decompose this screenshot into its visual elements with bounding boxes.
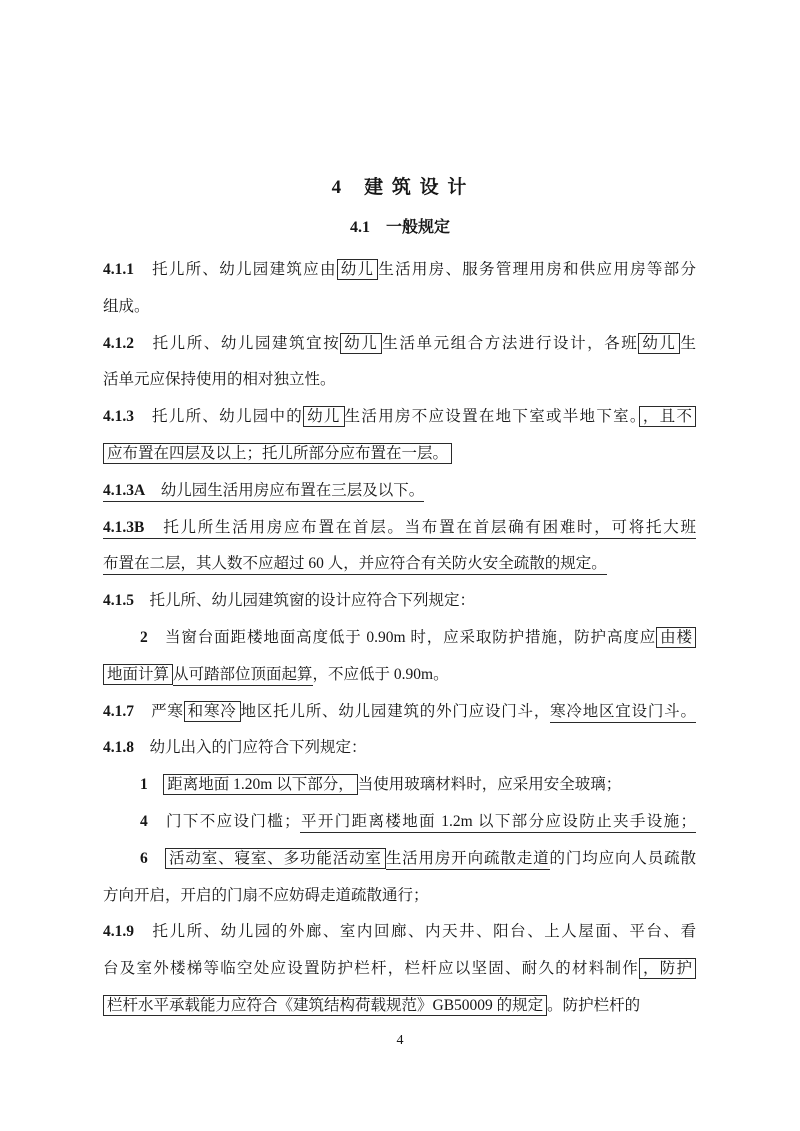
text-run: 门下不应设门槛； bbox=[148, 813, 300, 830]
text-line: 台及室外楼梯等临空处应设置防护栏杆，栏杆应以坚固、耐久的材料制作，防护 bbox=[103, 951, 696, 988]
boxed-revision-text: 幼儿 bbox=[340, 333, 382, 354]
underlined-revision-text: 幼儿园生活用房应布置在三层及以下。 bbox=[145, 482, 424, 502]
clause-number: 4.1.3 bbox=[103, 408, 134, 425]
body-lines: 4.1.1 托儿所、幼儿园建筑应由幼儿生活用房、服务管理用房和供应用房等部分组成… bbox=[103, 252, 696, 1025]
text-line: 应布置在四层及以上；托儿所部分应布置在一层。 bbox=[103, 436, 696, 473]
clause-number: 6 bbox=[140, 850, 148, 867]
underlined-revision-text: 生活用房开向疏散走道 bbox=[386, 850, 550, 870]
clause-number: 4.1.1 bbox=[103, 261, 134, 278]
text-line: 4.1.2 托儿所、幼儿园建筑宜按幼儿生活单元组合方法进行设计，各班幼儿生 bbox=[103, 326, 696, 363]
text-run: 幼儿出入的门应符合下列规定： bbox=[134, 739, 367, 756]
text-line: 4.1.7 严寒和寒冷地区托儿所、幼儿园建筑的外门应设门斗，寒冷地区宜设门斗。 bbox=[103, 694, 696, 731]
boxed-underlined-revision-text: ，且不 bbox=[639, 406, 696, 427]
boxed-underlined-revision-text: 应布置在四层及以上；托儿所部分应布置在一层。 bbox=[103, 443, 452, 464]
text-run: 严寒 bbox=[134, 703, 184, 720]
underlined-revision-text: 布置在二层，其人数不应超过 60 人，并应符合有关防火安全疏散的规定。 bbox=[103, 555, 607, 575]
clause-number: 4.1.9 bbox=[103, 923, 134, 940]
text-run: 当窗台面距楼地面高度低于 0.90m 时，应采取防护措施，防护高度应 bbox=[148, 629, 656, 646]
text-line: 4.1.1 托儿所、幼儿园建筑应由幼儿生活用房、服务管理用房和供应用房等部分 bbox=[103, 252, 696, 289]
text-line: 4 门下不应设门槛；平开门距离楼地面 1.2m 以下部分应设防止夹手设施； bbox=[103, 804, 696, 841]
underlined-revision-text: 寒冷地区宜设门斗。 bbox=[550, 703, 696, 723]
section-title: 4.1 一般规定 bbox=[0, 214, 800, 237]
text-line: 6 活动室、寝室、多功能活动室生活用房开向疏散走道的门均应向人员疏散 bbox=[103, 841, 696, 878]
text-run bbox=[148, 776, 164, 793]
text-line: 2 当窗台面距楼地面高度低于 0.90m 时，应采取防护措施，防护高度应由楼 bbox=[103, 620, 696, 657]
text-line: 活单元应保持使用的相对独立性。 bbox=[103, 362, 696, 399]
text-line: 地面计算从可踏部位顶面起算，不应低于 0.90m。 bbox=[103, 657, 696, 694]
text-run: 地区托儿所、幼儿园建筑的外门应设门斗， bbox=[241, 703, 551, 720]
text-run: 活单元应保持使用的相对独立性。 bbox=[103, 371, 336, 388]
text-line: 4.1.8 幼儿出入的门应符合下列规定： bbox=[103, 730, 696, 767]
clause-number: 4.1.8 bbox=[103, 739, 134, 756]
text-run: 托儿所、幼儿园建筑窗的设计应符合下列规定： bbox=[134, 592, 475, 609]
text-line: 4.1.3 托儿所、幼儿园中的幼儿生活用房不应设置在地下室或半地下室。，且不 bbox=[103, 399, 696, 436]
text-line: 4.1.3B 托儿所生活用房应布置在首层。当布置在首层确有困难时，可将托大班 bbox=[103, 510, 696, 547]
boxed-revision-text: 和寒冷 bbox=[184, 701, 241, 722]
text-run: 组成。 bbox=[103, 298, 150, 315]
text-line: 4.1.3A 幼儿园生活用房应布置在三层及以下。 bbox=[103, 473, 696, 510]
text-line: 4.1.9 托儿所、幼儿园的外廊、室内回廊、内天井、阳台、上人屋面、平台、看 bbox=[103, 914, 696, 951]
underlined-revision-text: 托儿所生活用房应布置在首层。当布置在首层确有困难时，可将托大班 bbox=[144, 519, 696, 539]
text-line: 栏杆水平承载能力应符合《建筑结构荷载规范》GB50009 的规定。防护栏杆的 bbox=[103, 988, 696, 1025]
text-run: 方向开启，开启的门扇不应妨碍走道疏散通行； bbox=[103, 887, 429, 904]
text-run: 。防护栏杆的 bbox=[547, 997, 640, 1014]
text-line: 组成。 bbox=[103, 289, 696, 326]
underlined-revision-text: 从可踏部位顶面起算 bbox=[173, 666, 313, 686]
clause-number: 1 bbox=[140, 776, 148, 793]
boxed-revision-text: 幼儿 bbox=[303, 406, 345, 427]
boxed-revision-text: 地面计算 bbox=[103, 664, 173, 685]
page-number: 4 bbox=[0, 1033, 800, 1049]
boxed-revision-text: 幼儿 bbox=[337, 259, 379, 280]
text-run: 生活单元组合方法进行设计，各班 bbox=[382, 335, 638, 352]
chapter-title: 4 建 筑 设 计 bbox=[0, 172, 800, 199]
boxed-underlined-revision-text: ，防护 bbox=[639, 958, 696, 979]
text-run: 托儿所、幼儿园建筑宜按 bbox=[134, 335, 340, 352]
boxed-revision-text: 幼儿 bbox=[638, 333, 680, 354]
underlined-revision-text: 平开门距离楼地面 1.2m 以下部分应设防止夹手设施； bbox=[300, 813, 696, 833]
text-run: 台及室外楼梯等临空处应设置防护栏杆，栏杆应以坚固、耐久的材料制作 bbox=[103, 960, 639, 977]
text-run: 托儿所、幼儿园建筑应由 bbox=[134, 261, 337, 278]
clause-number: 4.1.7 bbox=[103, 703, 134, 720]
text-line: 布置在二层，其人数不应超过 60 人，并应符合有关防火安全疏散的规定。 bbox=[103, 546, 696, 583]
text-run: 的门均应向人员疏散 bbox=[550, 850, 696, 867]
text-run: 托儿所、幼儿园中的 bbox=[134, 408, 303, 425]
boxed-underlined-revision-text: 活动室、寝室、多功能活动室 bbox=[165, 848, 386, 869]
text-run: 当使用玻璃材料时，应采用安全玻璃； bbox=[358, 776, 622, 793]
clause-number: 4.1.2 bbox=[103, 335, 134, 352]
clause-number: 4 bbox=[140, 813, 148, 830]
clause-number: 2 bbox=[140, 629, 148, 646]
text-run: 生 bbox=[680, 335, 696, 352]
text-run: ，不应低于 0.90m。 bbox=[313, 666, 449, 683]
clause-number: 4.1.5 bbox=[103, 592, 134, 609]
text-run bbox=[148, 850, 165, 867]
boxed-revision-text: 栏杆水平承载能力应符合《建筑结构荷载规范》GB50009 的规定 bbox=[103, 995, 547, 1016]
text-run: 托儿所、幼儿园的外廊、室内回廊、内天井、阳台、上人屋面、平台、看 bbox=[134, 923, 696, 940]
boxed-underlined-revision-text: 距离地面 1.20m 以下部分， bbox=[163, 774, 357, 795]
text-run: 生活用房不应设置在地下室或半地下室。 bbox=[345, 408, 639, 425]
text-run: 生活用房、服务管理用房和供应用房等部分 bbox=[378, 261, 696, 278]
clause-number-underlined: 4.1.3B bbox=[103, 519, 144, 539]
text-line: 方向开启，开启的门扇不应妨碍走道疏散通行； bbox=[103, 878, 696, 915]
text-line: 4.1.5 托儿所、幼儿园建筑窗的设计应符合下列规定： bbox=[103, 583, 696, 620]
clause-number-underlined: 4.1.3A bbox=[103, 482, 145, 502]
boxed-revision-text: 由楼 bbox=[656, 627, 696, 648]
document-page: 4 建 筑 设 计 4.1 一般规定 4.1.1 托儿所、幼儿园建筑应由幼儿生活… bbox=[0, 0, 800, 1131]
text-line: 1 距离地面 1.20m 以下部分，当使用玻璃材料时，应采用安全玻璃； bbox=[103, 767, 696, 804]
